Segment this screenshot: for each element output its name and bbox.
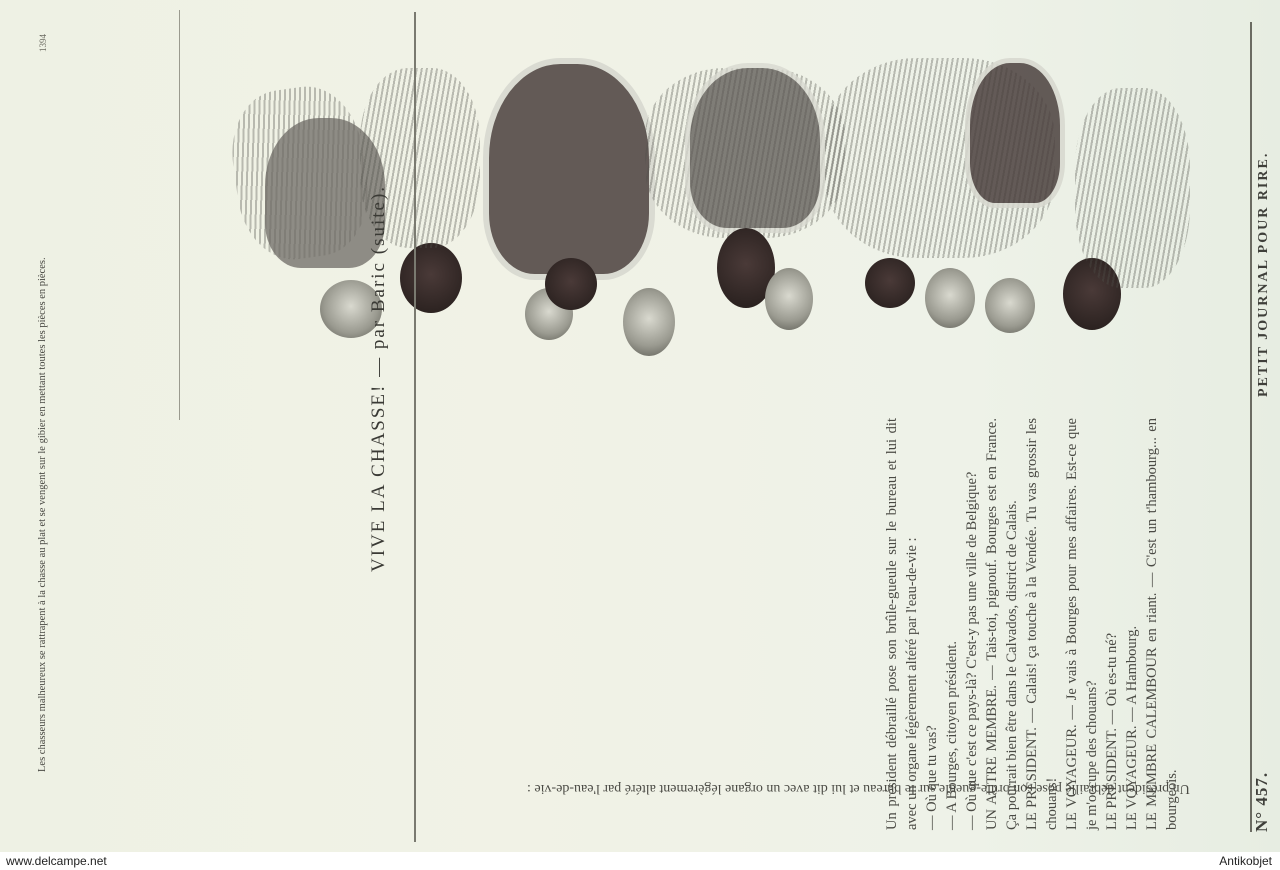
paragraph: — Où que c'est ce pays-là? C'est-y pas u… (962, 418, 982, 830)
text-line: Un président débraillé pose son brûle-gu… (527, 780, 1190, 796)
masthead-rule (1250, 22, 1252, 832)
site-watermark-left[interactable]: www.delcampe.net (6, 854, 107, 868)
paragraph: Un président débraillé pose son brûle-gu… (882, 418, 922, 830)
paragraph: UN AUTRE MEMBRE. — Tais-toi, pignouf. Bo… (982, 418, 1022, 830)
column-divider (179, 10, 180, 420)
rotated-page: N° 457. PETIT JOURNAL POUR RIRE. Les cha… (0, 0, 1280, 852)
site-watermark-right[interactable]: Antikobjet (1219, 854, 1272, 868)
page-marker: 1394 (38, 34, 48, 52)
masthead: N° 457. PETIT JOURNAL POUR RIRE. (1240, 0, 1280, 852)
paragraph: LE PRÉSIDENT. — Calais! ça touche à la V… (1022, 418, 1062, 830)
illustration-caption: Les chasseurs malheureux se rattrapent à… (37, 257, 48, 772)
text-column-a: Un président débraillé pose son brûle-gu… (882, 418, 1182, 830)
illustration-title: VIVE LA CHASSE! — par Baric (suite). (368, 185, 390, 572)
paragraph: — Où que tu vas? (922, 418, 942, 830)
paragraph: LE VOYAGEUR. — A Hambourg. (1122, 418, 1142, 830)
paragraph: LE MEMBRE CALEMBOUR en riant. — C'est un… (1142, 418, 1182, 830)
journal-title: PETIT JOURNAL POUR RIRE. (1256, 152, 1272, 397)
issue-number: N° 457. (1252, 772, 1272, 832)
paragraph: LE PRÉSIDENT. — Où es-tu né? (1102, 418, 1122, 830)
paragraph: LE VOYAGEUR. — Je vais à Bourges pour me… (1062, 418, 1102, 830)
newspaper-scan: N° 457. PETIT JOURNAL POUR RIRE. Les cha… (0, 0, 1280, 852)
section-divider (414, 12, 416, 842)
paragraph: — A Bourges, citoyen président. (942, 418, 962, 830)
watermark-bar: www.delcampe.net Antikobjet (0, 852, 1280, 870)
